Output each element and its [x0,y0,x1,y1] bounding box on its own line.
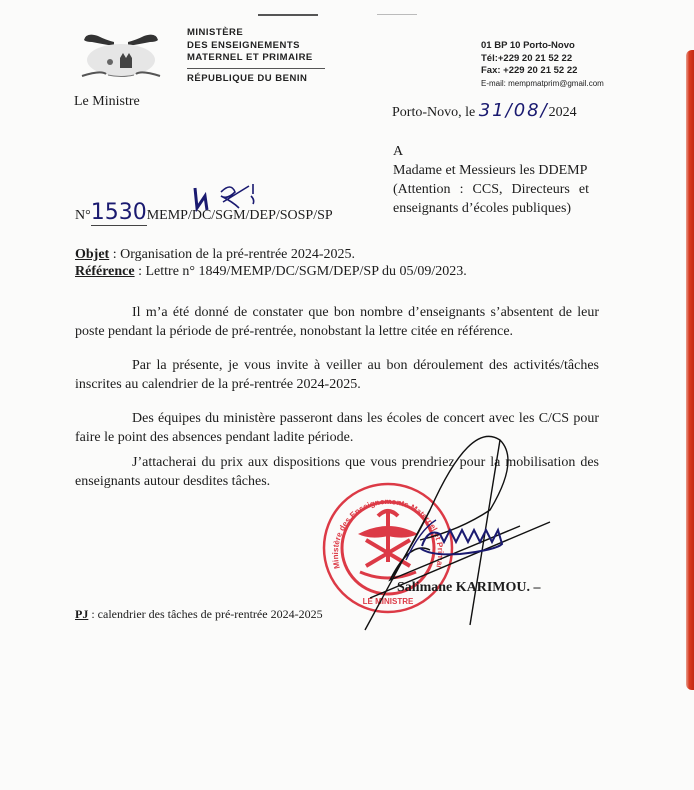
recipient-line: (Attention : CCS, Directeurs et [393,180,589,199]
recipient-to: A [393,142,589,161]
contact-email: E-mail: mempmatprim@gmail.com [481,78,604,91]
recipient-line: Madame et Messieurs les DDEMP [393,161,589,180]
republic-label: RÉPUBLIQUE DU BENIN [187,73,325,86]
body-paragraph: Il m’a été donné de constater que bon no… [75,303,599,341]
contact-fax: Fax: +229 20 21 52 22 [481,65,604,78]
reference-label: Référence [75,264,135,279]
attachment-label: PJ [75,607,88,621]
recipient-block: A Madame et Messieurs les DDEMP (Attenti… [393,142,589,218]
signatory-name: Salimane KARIMOU. – [397,580,541,596]
date-line: Porto-Novo, le 31/08/2024 [392,100,577,121]
ministry-divider [187,68,325,69]
benin-coat-of-arms-icon [76,28,166,84]
ref-number-handwritten: 1530 [91,200,147,226]
attachment-line: PJ : calendrier des tâches de pré-rentré… [75,607,323,622]
body-paragraph: Par la présente, je vous invite à veille… [75,356,599,394]
ministry-line: MINISTÈRE [187,27,325,40]
header-rule [258,14,318,16]
objet-label: Objet [75,247,109,262]
header-rule-faint [377,14,417,15]
ministry-line: MATERNEL ET PRIMAIRE [187,52,325,65]
date-handwritten: 31/08/ [479,100,549,121]
recipient-line: enseignants d’écoles publiques) [393,199,589,218]
ref-prefix: N° [75,208,91,223]
date-prefix: Porto-Novo, le [392,105,475,120]
initials-scribble-icon [191,182,261,212]
contact-tel: Tél:+229 20 21 52 22 [481,53,604,66]
ministry-header: MINISTÈRE DES ENSEIGNEMENTS MATERNEL ET … [187,27,325,85]
subject-block: Objet : Organisation de la pré-rentrée 2… [75,246,467,280]
minister-label: Le Ministre [74,94,140,110]
reference-text: : Lettre n° 1849/MEMP/DC/SGM/DEP/SP du 0… [135,264,467,279]
signature-scribble-icon [310,430,610,640]
page-edge-strip [686,50,694,690]
contact-address: 01 BP 10 Porto-Novo [481,40,604,53]
objet-text: : Organisation de la pré-rentrée 2024-20… [109,247,355,262]
objet-line: Objet : Organisation de la pré-rentrée 2… [75,246,467,263]
reference-line: Référence : Lettre n° 1849/MEMP/DC/SGM/D… [75,263,467,280]
attachment-text: : calendrier des tâches de pré-rentrée 2… [88,607,322,621]
contact-block: 01 BP 10 Porto-Novo Tél:+229 20 21 52 22… [481,40,604,90]
ministry-line: DES ENSEIGNEMENTS [187,40,325,53]
date-year: 2024 [549,105,577,120]
reference-number: N°1530MEMP/DC/SGM/DEP/SOSP/SP [75,200,333,225]
